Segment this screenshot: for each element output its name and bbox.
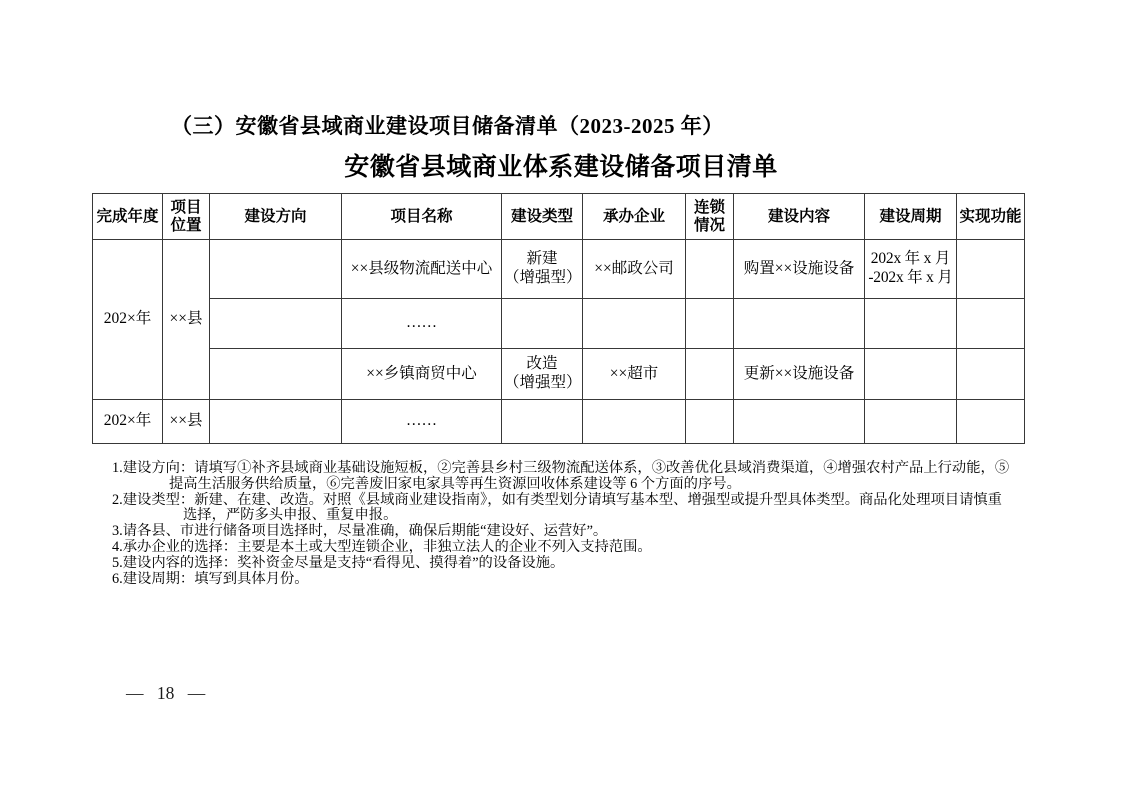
period-cell: 202x 年 x 月 -202x 年 x 月: [865, 240, 957, 299]
enterprise-cell: [583, 299, 686, 349]
project-name-cell: ××县级物流配送中心: [342, 240, 502, 299]
direction-cell: [210, 299, 342, 349]
function-cell: [957, 299, 1025, 349]
function-cell: [957, 240, 1025, 299]
function-cell: [957, 400, 1025, 444]
document-page: { "page": { "section_heading": "（三）安徽省县域…: [0, 0, 1122, 793]
period-cell: [865, 400, 957, 444]
table-row: 202×年 ××县 ……: [93, 400, 1025, 444]
project-name-cell: ××乡镇商贸中心: [342, 349, 502, 400]
footnotes: 1.建设方向：请填写①补齐县域商业基础设施短板，②完善县乡村三级物流配送体系，③…: [112, 461, 1009, 587]
location-cell: ××县: [163, 240, 210, 400]
enterprise-cell: [583, 400, 686, 444]
note-build-period: 6.建设周期：填写到具体月份。: [112, 572, 1009, 588]
project-name-cell: ……: [342, 400, 502, 444]
content-cell: 购置××设施设备: [734, 240, 865, 299]
table-row: 202×年 ××县 ××县级物流配送中心 新建 （增强型） ××邮政公司 购置×…: [93, 240, 1025, 299]
note-project-selection: 3.请各县、市进行储备项目选择时，尽量准确，确保后期能“建设好、运营好”。: [112, 524, 1009, 540]
page-title: 安徽省县域商业体系建设储备项目清单: [0, 147, 1122, 183]
build-type-cell: [502, 400, 583, 444]
build-type-cell: 改造 （增强型）: [502, 349, 583, 400]
header-cell-chain-status: 连锁情况: [686, 194, 734, 240]
location-cell: ××县: [163, 400, 210, 444]
direction-cell: [210, 349, 342, 400]
table-row: ……: [93, 299, 1025, 349]
function-cell: [957, 349, 1025, 400]
content-cell: 更新××设施设备: [734, 349, 865, 400]
section-heading: （三）安徽省县域商业建设项目储备清单（2023-2025 年）: [171, 110, 724, 140]
content-cell: [734, 400, 865, 444]
chain-cell: [686, 400, 734, 444]
project-name-cell: ……: [342, 299, 502, 349]
direction-cell: [210, 240, 342, 299]
header-cell-direction: 建设方向: [210, 194, 342, 240]
table-row: ××乡镇商贸中心 改造 （增强型） ××超市 更新××设施设备: [93, 349, 1025, 400]
content-cell: [734, 299, 865, 349]
build-type-cell: 新建 （增强型）: [502, 240, 583, 299]
header-cell-enterprise: 承办企业: [583, 194, 686, 240]
header-cell-build-content: 建设内容: [734, 194, 865, 240]
year-cell: 202×年: [93, 240, 163, 400]
note-build-direction-cont: 提高生活服务供给质量，⑥完善废旧家电家具等再生资源回收体系建设等 6 个方面的序…: [169, 477, 1009, 493]
enterprise-cell: ××邮政公司: [583, 240, 686, 299]
note-build-direction: 1.建设方向：请填写①补齐县域商业基础设施短板，②完善县乡村三级物流配送体系，③…: [112, 461, 1009, 477]
year-cell: 202×年: [93, 400, 163, 444]
note-content-selection: 5.建设内容的选择：奖补资金尽量是支持“看得见、摸得着”的设备设施。: [112, 556, 1009, 572]
chain-cell: [686, 349, 734, 400]
header-cell-function: 实现功能: [957, 194, 1025, 240]
header-cell-project-name: 项目名称: [342, 194, 502, 240]
enterprise-cell: ××超市: [583, 349, 686, 400]
projects-table: 完成年度 项目位置 建设方向 项目名称 建设类型 承办企业 连锁情况 建设内容 …: [92, 193, 1025, 444]
chain-cell: [686, 240, 734, 299]
page-number: — 18 —: [126, 683, 205, 704]
header-cell-build-type: 建设类型: [502, 194, 583, 240]
header-cell-year: 完成年度: [93, 194, 163, 240]
direction-cell: [210, 400, 342, 444]
period-cell: [865, 299, 957, 349]
build-type-cell: [502, 299, 583, 349]
header-cell-location: 项目位置: [163, 194, 210, 240]
note-build-type-cont: 选择，严防多头申报、重复申报。: [183, 508, 1009, 524]
period-cell: [865, 349, 957, 400]
chain-cell: [686, 299, 734, 349]
header-cell-build-period: 建设周期: [865, 194, 957, 240]
table-header-row: 完成年度 项目位置 建设方向 项目名称 建设类型 承办企业 连锁情况 建设内容 …: [93, 194, 1025, 240]
note-enterprise-selection: 4.承办企业的选择：主要是本土或大型连锁企业，非独立法人的企业不列入支持范围。: [112, 540, 1009, 556]
